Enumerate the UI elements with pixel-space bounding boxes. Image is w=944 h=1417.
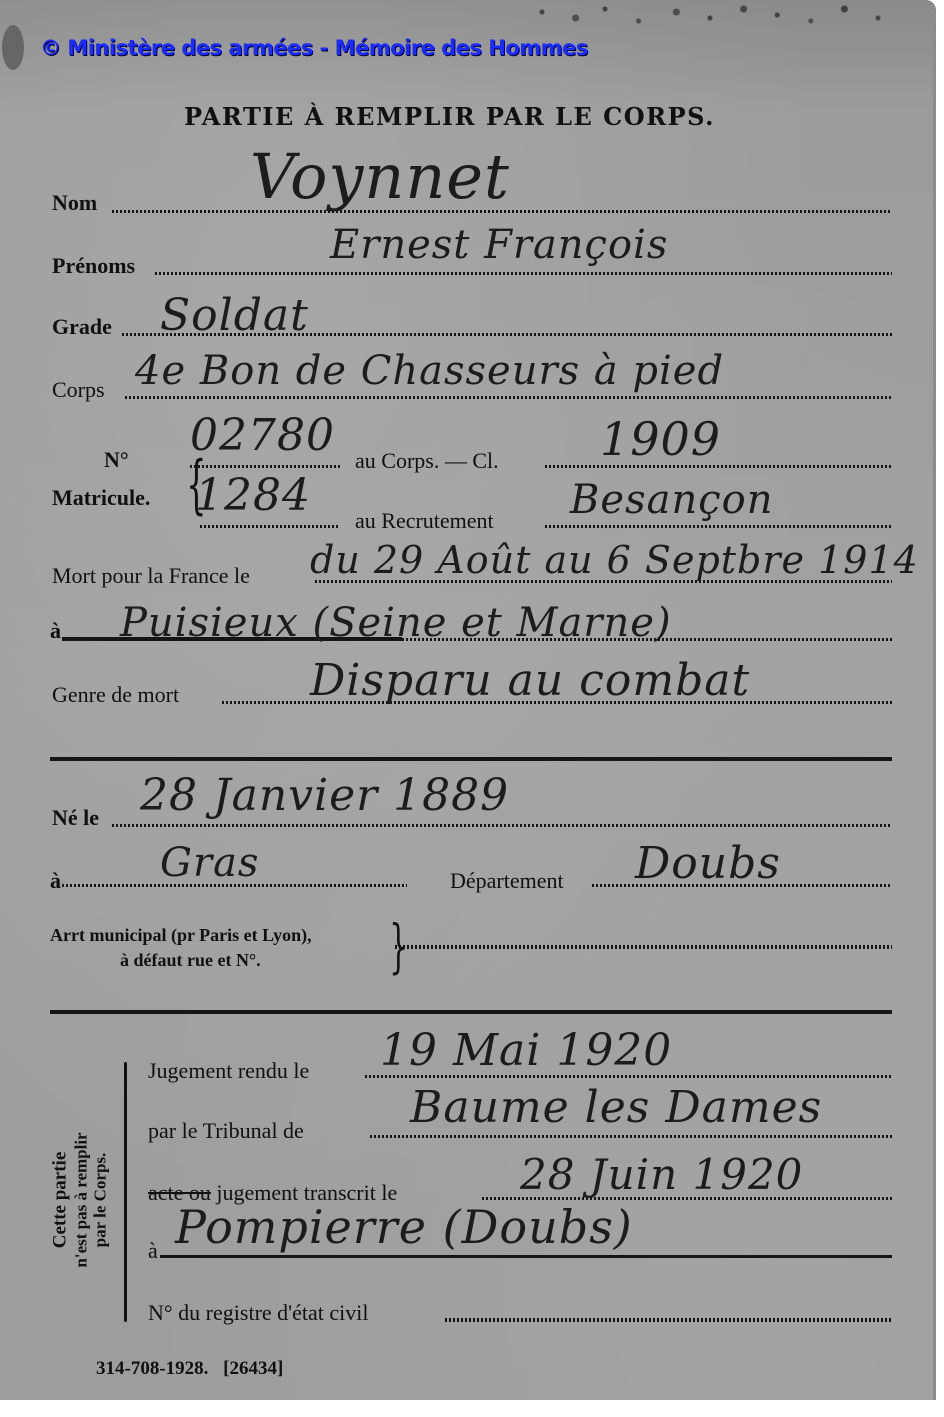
nom-label: Nom	[52, 190, 97, 216]
prenoms-label: Prénoms	[52, 253, 135, 279]
grade-value: Soldat	[160, 290, 309, 341]
recrutement-value: Besançon	[570, 477, 773, 523]
grade-label: Grade	[52, 314, 112, 340]
jugement-lieu-label: à	[148, 1238, 158, 1264]
print-code: 314-708-1928.	[96, 1358, 208, 1379]
ne-le-line	[112, 824, 892, 827]
ne-le-label: Né le	[52, 805, 99, 831]
recrutement-line	[545, 525, 892, 528]
side-note: Cette partie n'est pas à remplir par le …	[50, 1132, 111, 1267]
jugement-rendu-value: 19 Mai 1920	[380, 1025, 672, 1076]
transcrit-value: 28 Juin 1920	[520, 1150, 803, 1199]
recrutement-number-value: 1284	[195, 470, 311, 521]
mort-label: Mort pour la France le	[52, 563, 250, 589]
print-footer: 314-708-1928. [26434]	[96, 1358, 283, 1380]
naissance-date-value: 28 Janvier 1889	[140, 770, 509, 821]
registre-line	[445, 1318, 892, 1322]
print-ref: [26434]	[223, 1358, 283, 1379]
jugement-lieu-value: Pompierre (Doubs)	[175, 1200, 633, 1254]
separator-line	[50, 757, 892, 761]
matricule-label: Matricule.	[52, 485, 150, 511]
separator-line-2	[50, 1010, 892, 1014]
tribunal-label: par le Tribunal de	[148, 1118, 304, 1144]
genre-mort-label: Genre de mort	[52, 682, 179, 708]
side-bracket	[124, 1062, 127, 1322]
prenoms-line	[155, 272, 892, 275]
au-corps-label: au Corps. — Cl.	[355, 448, 499, 474]
registre-label: N° du registre d'état civil	[148, 1300, 368, 1326]
jugement-rendu-label: Jugement rendu le	[148, 1058, 309, 1084]
corps-value: 4e Bon de Chasseurs à pied	[135, 348, 724, 394]
au-recrutement-label: au Recrutement	[355, 508, 494, 534]
side-note-box: Cette partie n'est pas à remplir par le …	[30, 1080, 130, 1320]
no-label: N°	[104, 447, 129, 473]
jugement-lieu-line	[160, 1255, 892, 1258]
tribunal-value: Baume les Dames	[410, 1082, 822, 1133]
tribunal-line	[370, 1135, 892, 1138]
lieu-mort-value: Puisieux (Seine et Marne)	[120, 600, 672, 646]
corps-line	[125, 396, 892, 399]
arrondissement-label-line2: à défaut rue et N°.	[120, 950, 261, 971]
copyright-watermark: © Ministère des armées - Mémoire des Hom…	[40, 36, 588, 60]
classe-value: 1909	[600, 412, 721, 466]
arrondissement-line	[395, 945, 892, 949]
lieu-mort-label: à	[50, 618, 61, 644]
recrutement-number-line	[200, 525, 340, 528]
side-note-line3: par le Corps.	[91, 1132, 111, 1267]
nom-value: Voynnet	[250, 140, 510, 213]
side-note-line1: Cette partie	[50, 1132, 72, 1267]
departement-value: Doubs	[635, 838, 781, 889]
lieu-naissance-label: à	[50, 868, 61, 894]
mort-date-value: du 29 Août au 6 Septbre 1914	[310, 538, 919, 582]
lieu-naissance-value: Gras	[160, 840, 259, 886]
side-note-line2: n'est pas à remplir	[71, 1132, 91, 1267]
genre-mort-value: Disparu au combat	[310, 655, 750, 706]
stain-marks	[500, 0, 920, 30]
corps-label: Corps	[52, 377, 105, 403]
punch-hole	[2, 25, 24, 70]
death-record-card: © Ministère des armées - Mémoire des Hom…	[0, 0, 936, 1400]
corps-number-line	[190, 465, 340, 468]
form-title: PARTIE À REMPLIR PAR LE CORPS.	[184, 102, 715, 131]
arrondissement-label-line1: Arrt municipal (pr Paris et Lyon),	[50, 925, 312, 946]
corps-number-value: 02780	[190, 410, 335, 461]
departement-label: Département	[450, 868, 564, 894]
prenoms-value: Ernest François	[330, 222, 668, 268]
